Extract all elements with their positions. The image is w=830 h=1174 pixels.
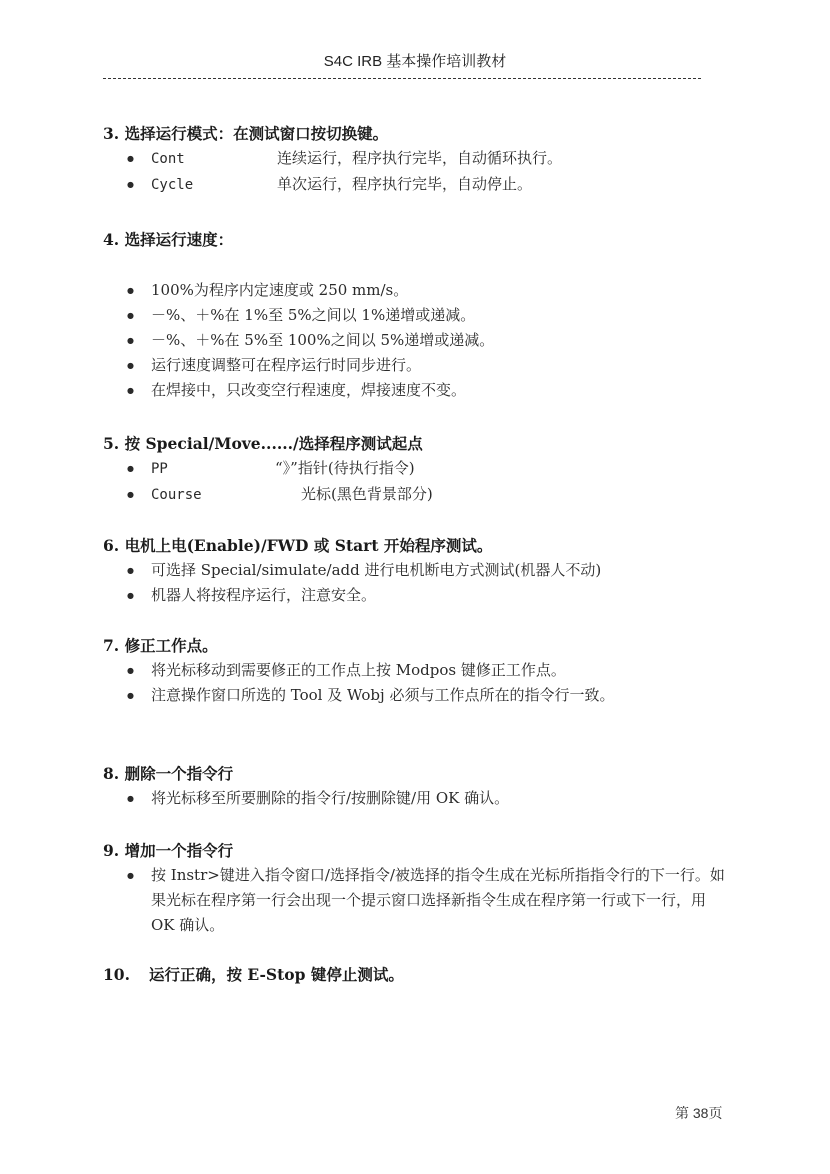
section-title: 5. 按 Special/Move....../选择程序测试起点 — [103, 432, 433, 456]
section-7: 7. 修正工作点。 将光标移动到需要修正的工作点上按 Modpos 键修正工作点… — [103, 634, 717, 708]
list-item: 100%为程序内定速度或 250 mm/s。 — [127, 278, 494, 303]
section-title: 9. 增加一个指令行 — [103, 839, 727, 863]
list-item: 将光标移动到需要修正的工作点上按 Modpos 键修正工作点。 — [127, 658, 717, 683]
section-title: 4. 选择运行速度： — [103, 228, 494, 252]
list-item: Course光标(黑色背景部分) — [127, 482, 433, 508]
section-title: 8. 删除一个指令行 — [103, 762, 509, 786]
section-3: 3. 选择运行模式：在测试窗口按切换键。 Cont连续运行，程序执行完毕，自动循… — [103, 122, 562, 198]
section-6: 6. 电机上电(Enable)/FWD 或 Start 开始程序测试。 可选择 … — [103, 534, 601, 608]
list-item: 将光标移至所要删除的指令行/按删除键/用 OK 确认。 — [127, 786, 509, 811]
document-header: S4C IRB 基本操作培训教材 — [0, 50, 830, 71]
section-10: 10.运行正确，按 E-Stop 键停止测试。 — [103, 963, 404, 987]
list-item: 机器人将按程序运行，注意安全。 — [127, 583, 601, 608]
section-5: 5. 按 Special/Move....../选择程序测试起点 PP“》”指针… — [103, 432, 433, 508]
list-item: Cycle单次运行，程序执行完毕，自动停止。 — [127, 172, 562, 198]
page-number: 第 38页 — [675, 1103, 722, 1123]
header-divider — [103, 78, 701, 79]
list-item: 在焊接中，只改变空行程速度，焊接速度不变。 — [127, 378, 494, 403]
section-title: 10.运行正确，按 E-Stop 键停止测试。 — [103, 963, 404, 987]
list-item: －%、＋%在 5%至 100%之间以 5%递增或递减。 — [127, 328, 494, 353]
section-title: 6. 电机上电(Enable)/FWD 或 Start 开始程序测试。 — [103, 534, 601, 558]
section-8: 8. 删除一个指令行 将光标移至所要删除的指令行/按删除键/用 OK 确认。 — [103, 762, 509, 811]
list-item: PP“》”指针(待执行指令) — [127, 456, 433, 482]
section-title: 7. 修正工作点。 — [103, 634, 717, 658]
list-item: 注意操作窗口所选的 Tool 及 Wobj 必须与工作点所在的指令行一致。 — [127, 683, 717, 708]
section-title: 3. 选择运行模式：在测试窗口按切换键。 — [103, 122, 562, 146]
list-item: Cont连续运行，程序执行完毕，自动循环执行。 — [127, 146, 562, 172]
list-item: 运行速度调整可在程序运行时同步进行。 — [127, 353, 494, 378]
list-item: 可选择 Special/simulate/add 进行电机断电方式测试(机器人不… — [127, 558, 601, 583]
list-item: －%、＋%在 1%至 5%之间以 1%递增或递减。 — [127, 303, 494, 328]
section-9: 9. 增加一个指令行 按 Instr>键进入指令窗口/选择指令/被选择的指令生成… — [103, 839, 727, 938]
list-item: 按 Instr>键进入指令窗口/选择指令/被选择的指令生成在光标所指指令行的下一… — [127, 863, 727, 938]
section-4: 4. 选择运行速度： 100%为程序内定速度或 250 mm/s。 －%、＋%在… — [103, 228, 494, 403]
